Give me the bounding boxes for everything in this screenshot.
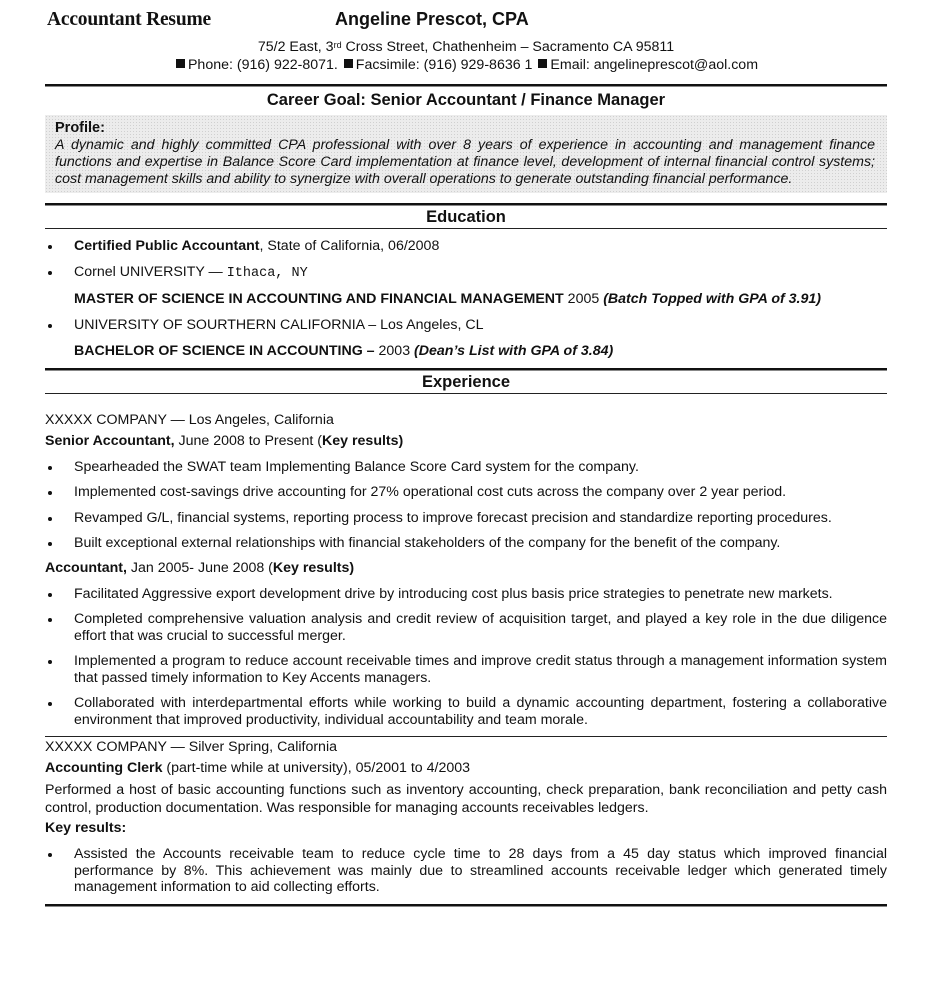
job-role: Senior Accountant, June 2008 to Present … (45, 433, 887, 450)
divider (45, 84, 887, 87)
document-title: Accountant Resume (47, 9, 211, 31)
profile-text: A dynamic and highly committed CPA profe… (55, 137, 875, 189)
profile-box: Profile: A dynamic and highly committed … (45, 115, 887, 193)
education-item: Cornel UNIVERSITY — Ithaca, NY (45, 264, 887, 282)
degree-honor: (Dean’s List with GPA of 3.84) (414, 343, 613, 359)
experience-section: XXXXX COMPANY — Los Angeles, California … (45, 412, 887, 907)
degree: BACHELOR OF SCIENCE IN ACCOUNTING – 2003… (45, 343, 887, 360)
education-heading: Education (45, 206, 887, 228)
job-dates: Jan 2005- June 2008 ( (127, 560, 273, 576)
job-description: Performed a host of basic accounting fun… (45, 782, 887, 817)
job-title: Accounting Clerk (45, 760, 162, 776)
credential: Certified Public Accountant (74, 238, 260, 254)
degree-name: MASTER OF SCIENCE IN ACCOUNTING AND FINA… (74, 291, 564, 307)
career-goal: Career Goal: Senior Accountant / Finance… (45, 89, 887, 111)
square-bullet-icon (176, 59, 185, 68)
school: UNIVERSITY OF SOURTHERN CALIFORNIA – Los… (74, 317, 483, 333)
achievement-item: Revamped G/L, financial systems, reporti… (45, 510, 887, 527)
experience-heading: Experience (45, 371, 887, 393)
key-results-label: Key results) (322, 433, 403, 449)
achievement-item: Spearheaded the SWAT team Implementing B… (45, 459, 887, 476)
divider (45, 904, 887, 907)
achievement-item: Implemented cost-savings drive accountin… (45, 484, 887, 501)
address-line: 75/2 East, 3rd Cross Street, Chathenheim… (45, 39, 887, 56)
education-section: Certified Public Accountant, State of Ca… (45, 238, 887, 360)
candidate-name: Angeline Prescot, CPA (335, 9, 529, 30)
education-item: UNIVERSITY OF SOURTHERN CALIFORNIA – Los… (45, 317, 887, 334)
divider (45, 228, 887, 229)
achievement-item: Built exceptional external relationships… (45, 535, 887, 552)
achievement-item: Collaborated with interdepartmental effo… (45, 695, 887, 728)
job-dates: June 2008 to Present ( (175, 433, 323, 449)
divider (45, 736, 887, 737)
square-bullet-icon (538, 59, 547, 68)
key-results-label: Key results) (273, 560, 354, 576)
resume-page: Accountant Resume Angeline Prescot, CPA … (45, 0, 887, 907)
school-location: Ithaca, NY (227, 266, 308, 281)
square-bullet-icon (344, 59, 353, 68)
company: XXXXX COMPANY — Silver Spring, Californi… (45, 739, 887, 756)
job-dates: (part-time while at university), 05/2001… (162, 760, 470, 776)
job-role: Accounting Clerk (part-time while at uni… (45, 760, 887, 777)
education-item: Certified Public Accountant, State of Ca… (45, 238, 887, 255)
email[interactable]: Email: angelineprescot@aol.com (550, 57, 758, 73)
degree-year: 2003 (375, 343, 414, 359)
job-title: Accountant, (45, 560, 127, 576)
divider (45, 393, 887, 394)
phone: Phone: (916) 922-8071. (188, 57, 338, 73)
achievement-item: Completed comprehensive valuation analys… (45, 611, 887, 644)
profile-label: Profile: (55, 119, 875, 137)
fax: Facsimile: (916) 929-8636 1 (356, 57, 533, 73)
school: Cornel UNIVERSITY — (74, 264, 227, 280)
degree: MASTER OF SCIENCE IN ACCOUNTING AND FINA… (45, 291, 887, 308)
achievement-item: Implemented a program to reduce account … (45, 653, 887, 686)
credential-detail: , State of California, 06/2008 (260, 238, 440, 254)
resume-header: Accountant Resume Angeline Prescot, CPA (45, 0, 887, 36)
achievement-item: Facilitated Aggressive export developmen… (45, 586, 887, 603)
job-title: Senior Accountant, (45, 433, 175, 449)
degree-honor: (Batch Topped with GPA of 3.91) (603, 291, 821, 307)
key-results-label: Key results: (45, 820, 126, 836)
address-part: Cross Street, Chathenheim – Sacramento C… (342, 39, 675, 55)
address-superscript: rd (334, 40, 342, 50)
contact-line: Phone: (916) 922-8071. Facsimile: (916) … (45, 56, 887, 75)
address-part: 75/2 East, 3 (258, 39, 334, 55)
degree-name: BACHELOR OF SCIENCE IN ACCOUNTING – (74, 343, 375, 359)
degree-year: 2005 (564, 291, 603, 307)
achievement-item: Assisted the Accounts receivable team to… (45, 846, 887, 896)
job-role: Accountant, Jan 2005- June 2008 (Key res… (45, 560, 887, 577)
company: XXXXX COMPANY — Los Angeles, California (45, 412, 887, 429)
